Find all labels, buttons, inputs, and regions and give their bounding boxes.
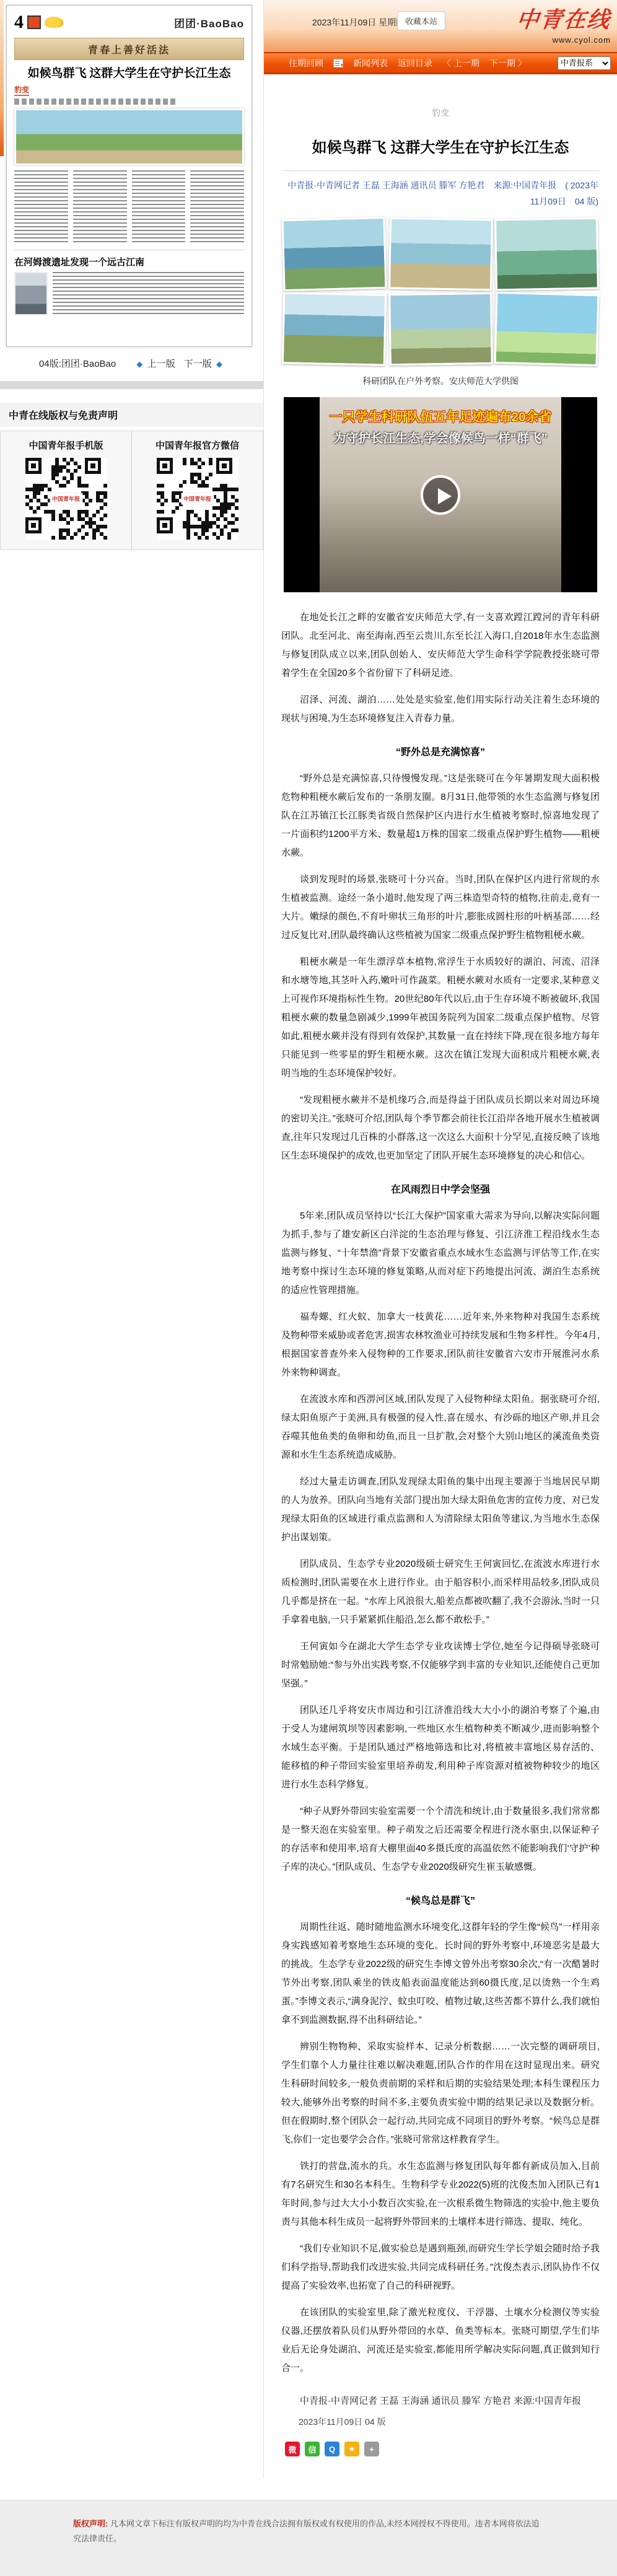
article-paragraph: “我们专业知识不足,做实验总是遇到瓶颈,而研究生学长学姐会随时给予我们科学指导,… — [281, 2240, 600, 2295]
thumbnail-section-name: 团团·BaoBao — [174, 15, 244, 30]
left-rail: 4 团团·BaoBao 青春上善好活法 如候鸟群飞 这群大学生在守护长江生态 豹… — [0, 0, 263, 550]
copyright-notice-title: 中青在线版权与免责声明 — [0, 403, 263, 427]
copyright-statement-label: 版权声明: — [73, 2519, 108, 2528]
thumbnail-byline-placeholder — [14, 99, 175, 105]
article-paragraph: 在该团队的实验室里,除了激光粒度仪、干浮器、土壤水分检测仪等实验仪器,还摆放着队… — [281, 2303, 600, 2378]
collage-photo — [388, 217, 493, 291]
collage-photo — [494, 292, 600, 366]
main-navbar: 往期回顾新闻列表返回目录〈 上一期下一期 〉 中青报系 — [264, 53, 617, 74]
nav-link-3[interactable]: 〈 上一期 — [442, 57, 479, 69]
play-button-icon[interactable] — [421, 475, 460, 515]
rail-divider — [0, 381, 263, 389]
paper-family-select[interactable]: 中青报系 — [558, 56, 611, 70]
article-paragraph: 在流波水库和西淠河区域,团队发现了入侵物种绿太阳鱼。据张晓可介绍,绿太阳鱼原产于… — [281, 1390, 600, 1465]
thumbnail-banner: 青春上善好活法 — [14, 38, 244, 60]
article-subhead: “野外总是充满惊喜” — [281, 744, 600, 758]
qr-cell-wechat: 中国青年报官方微信 中国青年报 — [131, 431, 263, 550]
video-player[interactable]: 一只学生科研队伍五年足迹遍布20余省 为守护长江生态,学会像候鸟一样“群飞” — [284, 397, 597, 592]
thumbnail-page-number: 4 — [14, 12, 24, 33]
newspaper-page-thumbnail[interactable]: 4 团团·BaoBao 青春上善好活法 如候鸟群飞 这群大学生在守护长江生态 豹… — [6, 5, 252, 347]
share-more-icon[interactable]: + — [364, 2442, 379, 2456]
next-arrow-icon: ◆ — [216, 359, 222, 369]
copyright-statement-text: 凡本网文章下标注有版权声明的均为中青在线合法拥有版权或有权使用的作品,未经本网授… — [73, 2519, 540, 2543]
qr-code-mobile: 中国青年报 — [25, 458, 107, 540]
qr-panel: 中国青年报手机版 中国青年报 中国青年报官方微信 中国青年报 — [0, 431, 263, 550]
qr-code-wechat: 中国青年报 — [157, 458, 238, 540]
article-paragraph: 王何寅如今在湖北大学生态学专业攻读博士学位,她至今记得硕导张晓可时常勉励她:“参… — [281, 1637, 600, 1693]
thumbnail-text-columns — [14, 170, 244, 243]
article-foot-byline: 中青报·中青网记者 王磊 王海涵 通讯员 滕军 方艳君 来源:中国青年报 — [281, 2394, 600, 2407]
article-subhead: “候鸟总是群飞” — [281, 1893, 600, 1907]
share-qq-icon[interactable]: Q — [325, 2442, 339, 2456]
article-paragraph: 在地处长江之畔的安徽省安庆师范大学,有一支喜欢蹚江蹚河的青年科研团队。北至河北、… — [281, 608, 600, 683]
thumbnail-masthead: 4 团团·BaoBao — [14, 12, 244, 33]
article-paragraph: 铁打的营盘,流水的兵。水生态监测与修复团队每年都有新成员加入,目前有7名研究生和… — [281, 2157, 600, 2232]
thumbnail-portrait-photo — [14, 272, 48, 315]
photo-collage — [281, 217, 600, 366]
article-body: 在地处长江之畔的安徽省安庆师范大学,有一支喜欢蹚江蹚河的青年科研团队。北至河北、… — [281, 608, 600, 2378]
nav-link-4[interactable]: 下一期 〉 — [489, 57, 527, 69]
qr-center-logo: 中国青年报 — [181, 493, 214, 505]
collage-photo — [388, 292, 492, 366]
article-paragraph: 粗梗水蕨是一年生漂浮草本植物,常浮生于水质较好的湖泊、河流、沼泽和水塘等地,其茎… — [281, 953, 600, 1083]
page-layout: 4 团团·BaoBao 青春上善好活法 如候鸟群飞 这群大学生在守护长江生态 豹… — [0, 0, 617, 2479]
next-page-link[interactable]: 下一版 — [184, 359, 212, 369]
edition-nav: 04版:团团·BaoBao ◆ 上一版 下一版 ◆ — [0, 347, 263, 376]
site-footer: 版权声明: 凡本网文章下标注有版权声明的均为中青在线合法拥有版权或有权使用的作品… — [0, 2500, 617, 2576]
article-paragraph: 经过大量走访调查,团队发现绿太阳鱼的集中出现主要源于当地居民早期的人为放养。团队… — [281, 1473, 600, 1547]
calendar-dropdown-icon[interactable] — [333, 59, 343, 68]
collage-photo — [282, 217, 387, 291]
thumbnail-photo — [14, 108, 244, 165]
site-brand: 中青在线 www.cyol.com — [517, 2, 611, 45]
site-logo[interactable]: 中青在线 — [515, 2, 612, 34]
video-title-line1: 一只学生科研队伍五年足迹遍布20余省 — [284, 407, 597, 426]
prev-arrow-icon: ◆ — [136, 359, 142, 369]
share-wechat-icon[interactable]: 信 — [305, 2442, 320, 2456]
qr-center-logo: 中国青年报 — [50, 493, 82, 505]
header-date: 2023年11月09日 星期四 — [312, 16, 405, 28]
page-edge-decoration — [0, 0, 4, 156]
favorite-site-button[interactable]: 收藏本站 — [397, 11, 445, 30]
collage-photo — [494, 217, 599, 291]
site-header: 2023年11月09日 星期四 收藏本站 中青在线 www.cyol.com — [264, 0, 617, 53]
nav-link-2[interactable]: 返回目录 — [398, 57, 432, 69]
site-url: www.cyol.com — [517, 35, 611, 45]
qr-mobile-title: 中国青年报手机版 — [4, 439, 128, 452]
article-paragraph: “发现粗梗水蕨并不是机缘巧合,而是得益于团队成员长期以来对周边环境的密切关注。”… — [281, 1091, 600, 1165]
article-column-label: 豹变 — [281, 74, 600, 119]
article-content: 豹变 如候鸟群飞 这群大学生在守护长江生态 中青报·中青网记者 王磊 王海涵 通… — [264, 74, 617, 2479]
article-subhead: 在风雨烈日中学会坚强 — [281, 1181, 600, 1196]
thumbnail-second-headline: 在河姆渡遗址发现一个远古江南 — [14, 255, 244, 268]
share-qzone-icon[interactable]: ★ — [344, 2442, 359, 2456]
share-weibo-icon[interactable]: 微 — [285, 2442, 300, 2456]
nav-link-1[interactable]: 新闻列表 — [353, 57, 388, 69]
article-paragraph: 福寿螺、红火蚁、加拿大一枝黄花……近年来,外来物种对我国生态系统及物种带来威胁或… — [281, 1308, 600, 1382]
article-paragraph: 5年来,团队成员坚持以“长江大保护”国家重大需求为导向,以解决实际问题为抓手,参… — [281, 1207, 600, 1300]
photo-caption: 科研团队在户外考察。安庆师范大学供图 — [281, 375, 600, 387]
main-column: 2023年11月09日 星期四 收藏本站 中青在线 www.cyol.com 往… — [263, 0, 617, 2479]
article-foot-date: 2023年11月09日 04 版 — [281, 2416, 600, 2428]
article-title: 如候鸟群飞 这群大学生在守护长江生态 — [281, 135, 600, 157]
thumbnail-second-article: 在河姆渡遗址发现一个远古江南 — [14, 250, 244, 315]
thumbnail-column-tag: 豹变 — [14, 84, 29, 96]
qr-wechat-title: 中国青年报官方微信 — [136, 439, 259, 452]
thumbnail-headline: 如候鸟群飞 这群大学生在守护长江生态 — [14, 64, 244, 81]
article-paragraph: 团队还几乎将安庆市周边和引江济淮沿线大大小小的湖泊考察了个遍,由于受人为建闸筑坝… — [281, 1701, 600, 1794]
article-paragraph: “种子从野外带回实验室需要一个个清洗和统计,由于数量很多,我们常常都是一整天泡在… — [281, 1802, 600, 1877]
article-paragraph: 谈到发现时的场景,张晓可十分兴奋。当时,团队在保护区内进行常规的水生植被监测。途… — [281, 870, 600, 945]
share-row: 微信Q★+ — [285, 2442, 600, 2456]
video-title-line2: 为守护长江生态,学会像候鸟一样“群飞” — [284, 428, 597, 446]
article-paragraph: 团队成员、生态学专业2020级硕士研究生王何寅回忆,在流波水库进行水质检测时,团… — [281, 1555, 600, 1629]
article-byline: 中青报·中青网记者 王磊 王海涵 通讯员 滕军 方艳君 来源:中国青年报 ( 2… — [281, 170, 600, 213]
article-paragraph: 沼泽、河流、湖泊……处处是实验室,他们用实际行动关注着生态环境的现状与困境,为生… — [281, 691, 600, 728]
paper-logo-icon — [27, 15, 41, 29]
collage-photo — [282, 292, 387, 366]
article-paragraph: “野外总是充满惊喜,只待慢慢发现。”这是张晓可在今年暑期发现大面积极危物种粗梗水… — [281, 769, 600, 862]
current-page-link[interactable]: 04版:团团·BaoBao — [39, 359, 116, 369]
qr-cell-mobile: 中国青年报手机版 中国青年报 — [1, 431, 131, 550]
prev-page-link[interactable]: 上一版 — [147, 359, 175, 369]
article-paragraph: 辨别生物物种、采取实验样本、记录分析数据……一次完整的调研项目,学生们靠个人力量… — [281, 2038, 600, 2149]
nav-link-0[interactable]: 往期回顾 — [289, 57, 323, 69]
article-paragraph: 周期性往返、随时随地监测水环境变化,这群年轻的学生像“候鸟”一样用亲身实践感知着… — [281, 1918, 600, 2030]
mascot-icon — [45, 17, 63, 28]
